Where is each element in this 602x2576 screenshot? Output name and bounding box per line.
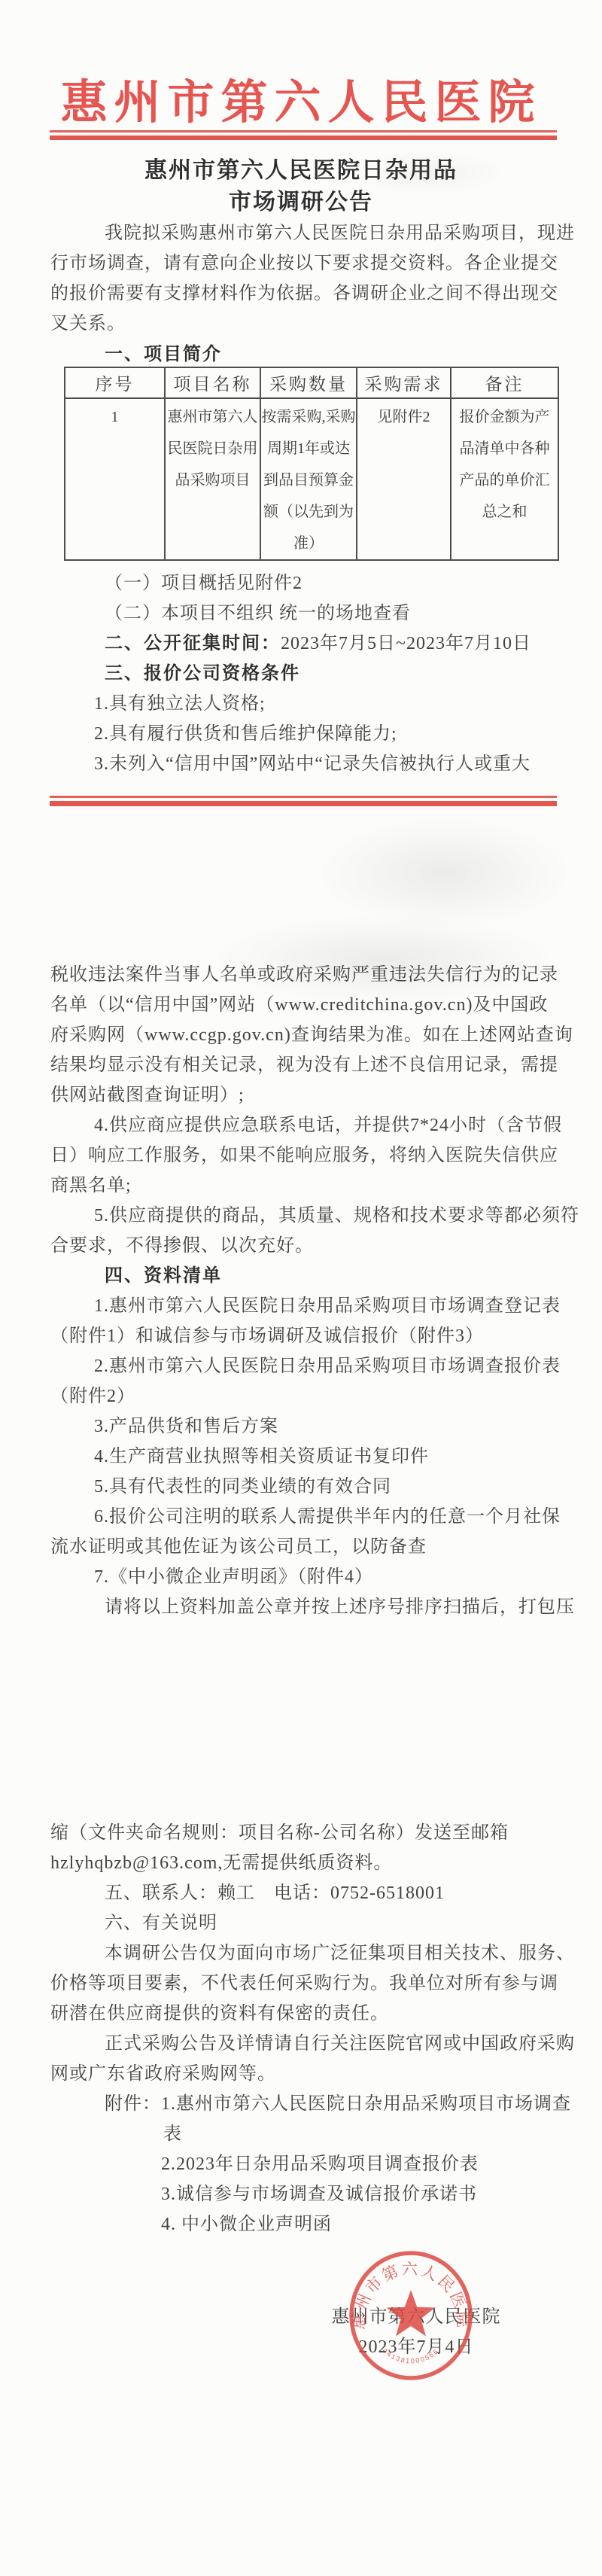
collection-time-line: 二、公开征集时间：2023年7月5日~2023年7月10日 [50,629,570,659]
text-line: 府采购网（www.ccgp.gov.cn)查询结果为准。如在上述网站查询 [50,1020,570,1050]
project-note-b: （二）本项目不组织 统一的场地查看 [50,598,570,629]
section6-heading: 六、有关说明 [50,1908,570,1938]
scan-artifact [316,817,572,930]
col-header-no: 序号 [65,367,165,398]
section1-heading-block: 一、项目简介 [50,340,570,370]
notice-title-line1: 惠州市第六人民医院日杂用品 [0,155,602,187]
material-item: 7.《中小微企业声明函》（附件4） [50,1562,570,1592]
table-row: 1 惠州市第六人 民医院日杂用 品采购项目 按需采购,采购 周期1年或达 到品目… [65,398,558,560]
qualification-item: 1.具有独立法人资格; [50,689,570,719]
intro-line: 行市场调查，请有意向企业按以下要求提交资料。各企业提交 [50,248,570,279]
intro-paragraph: 我院拟采购惠州市第六人民医院日杂用品采购项目，现进 行市场调查，请有意向企业按以… [50,218,570,339]
attachment-item: 附件：1.惠州市第六人民医院日杂用品采购项目市场调查 [50,2089,570,2119]
qualification-item: 4.供应商应提供应急联系电话，并提供7*24小时（含节假 [50,1110,570,1140]
text-line: 研潜在供应商提供的资料有保密的责任。 [50,1999,570,2029]
text-line: 价格等项目要素，不代表任何采购行为。我单位对所有参与调 [50,1969,570,1999]
stamp-code: 441381000566 [382,2347,441,2365]
material-item: 6.报价公司注明的联系人需提供半年内的任意一个月社保 [50,1502,570,1532]
letterhead-rule-thin [50,130,557,132]
project-note-a: （一）项目概括见附件2 [50,568,570,598]
scanned-document: 惠州市第六人民医院 惠州市第六人民医院日杂用品 市场调研公告 我院拟采购惠州市第… [0,0,602,2576]
attachment-item: 3.诚信参与市场调查及诚信报价承诺书 [50,2179,570,2209]
text-line: 日）响应工作服务，如果不能响应服务，将纳入医院失信供应 [50,1140,570,1171]
intro-line: 叉关系。 [50,309,570,339]
text-line: 网或广东省政府采购网等。 [50,2059,570,2089]
attachment-item: 表 [50,2119,570,2149]
text-line: （附件2） [50,1381,570,1411]
text-line: 缩（文件夹命名规则：项目名称-公司名称）发送至邮箱 [50,1818,570,1848]
col-header-requirement: 采购需求 [357,367,451,398]
section-body: （一）项目概括见附件2 （二）本项目不组织 统一的场地查看 二、公开征集时间：2… [50,568,570,779]
cell-name: 惠州市第六人 民医院日杂用 品采购项目 [165,398,260,560]
qualification-item: 3.未列入“信用中国”网站中“记录失信被执行人或重大 [50,749,570,779]
notice-title-line2: 市场调研公告 [0,187,602,218]
cell-quantity: 按需采购,采购 周期1年或达 到品目预算金 额（以先到为 准） [260,398,357,560]
project-summary-table: 序号 项目名称 采购数量 采购需求 备注 1 惠州市第六人 民医院日杂用 品采购… [64,367,559,561]
page2-body: 税收违法案件当事人名单或政府采购严重违法失信行为的记录 名单（以“信用中国”网站… [50,960,570,1622]
section4-heading: 四、资料清单 [50,1261,570,1291]
col-header-note: 备注 [451,367,558,398]
material-item: 5.具有代表性的同类业绩的有效合同 [50,1472,570,1502]
material-item: 2.惠州市第六人民医院日杂用品采购项目市场调查报价表 [50,1351,570,1381]
text-line: 结果均显示没有相关记录，视为没有上述不良信用记录，需提 [50,1050,570,1080]
letterhead-hospital-name: 惠州市第六人民医院 [0,65,602,132]
page3-body: 缩（文件夹命名规则：项目名称-公司名称）发送至邮箱 hzlyhqbzb@163.… [50,1818,570,2240]
text-line: （附件1）和诚信参与市场调研及诚信报价（附件3） [50,1321,570,1351]
text-line: 请将以上资料加盖公章并按上述序号排序扫描后，打包压 [50,1592,570,1622]
intro-line: 我院拟采购惠州市第六人民医院日杂用品采购项目，现进 [50,218,570,248]
intro-line: 的报价需要有支撑材料作为依据。各调研企业之间不得出现交 [50,279,570,309]
cell-no: 1 [65,398,165,560]
qualification-item: 5.供应商提供的商品，其质量、规格和技术要求等都必须符 [50,1201,570,1231]
material-item: 4.生产商营业执照等相关资质证书复印件 [50,1442,570,1472]
cell-requirement: 见附件2 [357,398,451,560]
text-line: 税收违法案件当事人名单或政府采购严重违法失信行为的记录 [50,960,570,990]
cell-note: 报价金额为产 品清单中各种 产品的单价汇 总之和 [451,398,558,560]
letterhead-rule-thick [50,135,557,140]
text-line: 正式采购公告及详情请自行关注医院官网或中国政府采购 [50,2029,570,2059]
section3-heading: 三、报价公司资格条件 [50,659,570,689]
text-line: 商黑名单; [50,1171,570,1201]
qualification-item: 2.具有履行供货和售后维护保障能力; [50,719,570,749]
text-line: 合要求，不得掺假、以次充好。 [50,1231,570,1261]
email-line: hzlyhqbzb@163.com,无需提供纸质资料。 [50,1848,570,1878]
text-line: 供网站截图查询证明）; [50,1080,570,1110]
section1-heading: 一、项目简介 [50,340,570,370]
stamp-star-icon [387,2290,436,2337]
contact-line: 五、联系人：赖工 电话：0752-6518001 [50,1878,570,1908]
official-stamp: 惠州市第六人民医院 441381000566 [345,2248,476,2383]
col-header-name: 项目名称 [165,367,260,398]
col-header-quantity: 采购数量 [260,367,357,398]
page-footer-rule-thick [50,801,557,806]
text-line: 名单（以“信用中国”网站（www.creditchina.gov.cn)及中国政 [50,990,570,1020]
attachment-item: 2.2023年日杂用品采购项目调查报价表 [50,2149,570,2179]
material-item: 3.产品供货和售后方案 [50,1411,570,1442]
text-line: 本调研公告仅为面向市场广泛征集项目相关技术、服务、 [50,1938,570,1969]
collection-time-value: 2023年7月5日~2023年7月10日 [281,634,531,653]
text-line: 流水证明或其他佐证为该公司员工，以防备查 [50,1532,570,1562]
collection-time-label: 二、公开征集时间： [105,633,281,653]
page-footer-rule-thin [50,796,557,798]
attachment-item: 4. 中小微企业声明函 [50,2209,570,2240]
material-item: 1.惠州市第六人民医院日杂用品采购项目市场调查登记表 [50,1291,570,1321]
notice-title: 惠州市第六人民医院日杂用品 市场调研公告 [0,155,602,218]
table-header-row: 序号 项目名称 采购数量 采购需求 备注 [65,367,558,398]
